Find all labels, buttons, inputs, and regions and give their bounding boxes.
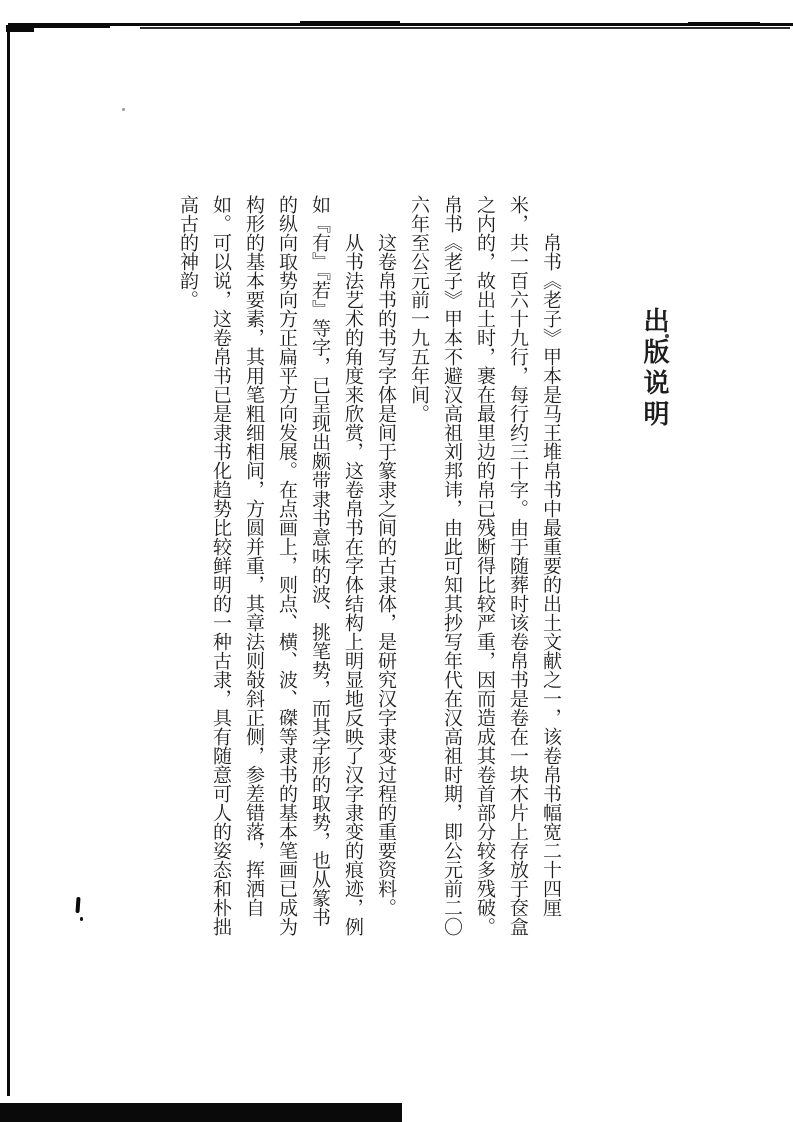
ink-speck (75, 897, 80, 913)
scan-corner-blob (6, 25, 34, 32)
ink-speck (80, 917, 83, 921)
scan-bottom-band (0, 1103, 402, 1122)
scan-edge-blob (688, 22, 760, 26)
scan-edge-blob (300, 21, 400, 26)
scan-edge-left (7, 28, 10, 1096)
scan-edge-top (8, 23, 793, 26)
body-text: 帛书《老子》甲本是马王堆帛书中最重要的出土文献之一，该卷帛书幅宽二十四厘米，共一… (171, 195, 567, 936)
paragraph-2: 这卷帛书的书写字体是间于篆隶之间的古隶体，是研究汉字隶变过程的重要资料。 (369, 195, 402, 936)
paragraph-3: 从书法艺术的角度来欣赏，这卷帛书在字体结构上明显地反映了汉字隶变的痕迹，例如『有… (171, 195, 369, 936)
scanned-page: 出版说明 帛书《老子》甲本是马王堆帛书中最重要的出土文献之一，该卷帛书幅宽二十四… (0, 0, 793, 1122)
scan-edge-blob (30, 24, 110, 28)
ink-speck (122, 108, 125, 111)
scan-edge-top-lower (140, 27, 790, 29)
paragraph-1: 帛书《老子》甲本是马王堆帛书中最重要的出土文献之一，该卷帛书幅宽二十四厘米，共一… (402, 195, 567, 936)
page-title: 出版说明 (636, 307, 673, 431)
